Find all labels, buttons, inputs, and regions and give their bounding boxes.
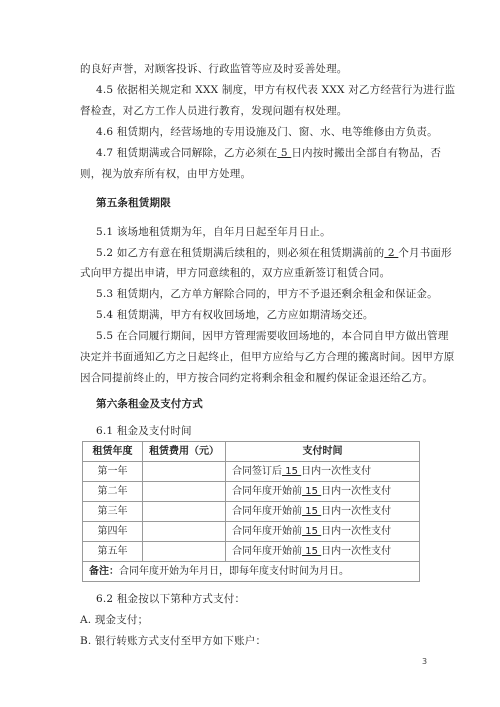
cell-year: 第一年 (83, 462, 143, 482)
clause-5-2-line1: 5.2 如乙方有意在租赁期满后续租的，则必须在租赁期满前的 2 个月书面形 (96, 246, 441, 260)
cell-fee (143, 542, 226, 562)
payment-days: 15 (302, 546, 321, 557)
payment-text: 合同年度开始前 (232, 486, 302, 497)
table-row: 第二年 合同年度开始前 15 日内一次性支付 (83, 482, 420, 502)
header-payment-time: 支付时间 (226, 442, 420, 462)
clause-5-4: 5.4 租赁期满，甲方有权收回场地，乙方应如期清场交还。 (96, 308, 441, 322)
months-value: 2 (384, 247, 398, 259)
note-label: 备注： (89, 566, 119, 577)
payment-text-end: 日内一次性支付 (321, 486, 391, 497)
payment-days: 15 (302, 526, 321, 537)
payment-text-end: 日内一次性支付 (321, 546, 391, 557)
payment-text: 合同年度开始前 (232, 546, 302, 557)
payment-days: 15 (282, 466, 301, 477)
clause-5-5-line1: 5.5 在合同履行期间，因甲方管理需要收回场地的，本合同自甲方做出管理 (96, 329, 441, 343)
clause-4-6: 4.6 租赁期内，经营场地的专用设施及门、窗、水、电等维修由方负责。 (96, 125, 441, 139)
clause-4-7-line1: 4.7 租赁期满或合同解除，乙方必须在 5 日内按时搬出全部自有物品，否 (96, 146, 441, 160)
clause-5-5-line2: 决定并书面通知乙方之日起终止，但甲方应给与乙方合理的搬离时间。因甲方原 (80, 350, 425, 364)
clause-5-5-line3: 因合同提前终止的，甲方按合同约定将剩余租金和履约保证金退还给乙方。 (80, 371, 425, 385)
rent-payment-table: 租赁年度 租赁费用（元） 支付时间 第一年 合同签订后 15 日内一次性支付 第… (82, 441, 420, 582)
payment-text-end: 日内一次性支付 (301, 466, 371, 477)
days-value: 5 (277, 147, 291, 159)
cell-payment: 合同年度开始前 15 日内一次性支付 (226, 522, 420, 542)
paragraph-continuation: 的良好声誉，对顾客投诉、行政监管等应及时妥善处理。 (80, 62, 425, 76)
payment-text: 合同年度开始前 (232, 506, 302, 517)
table-note-row: 备注：合同年度开始为年月日，即每年度支付时间为月日。 (83, 562, 420, 582)
note-text: 合同年度开始为年月日，即每年度支付时间为月日。 (119, 566, 349, 577)
clause-4-7-line2: 则，视为放弃所有权，由甲方处理。 (80, 167, 425, 181)
table-row: 第五年 合同年度开始前 15 日内一次性支付 (83, 542, 420, 562)
cell-fee (143, 462, 226, 482)
clause-6-1: 6.1 租金及支付时间 (96, 424, 441, 438)
clause-4-5-line2: 督检查，对乙方工作人员进行教育，发现问题有权处理。 (80, 104, 425, 118)
cell-payment: 合同签订后 15 日内一次性支付 (226, 462, 420, 482)
table-header-row: 租赁年度 租赁费用（元） 支付时间 (83, 442, 420, 462)
cell-fee (143, 482, 226, 502)
clause-5-2-text: 5.2 如乙方有意在租赁期满后续租的，则必须在租赁期满前的 (96, 247, 384, 259)
cell-year: 第三年 (83, 502, 143, 522)
option-b-bank-transfer: B. 银行转账方式支付至甲方如下账户： (80, 634, 425, 648)
table-row: 第三年 合同年度开始前 15 日内一次性支付 (83, 502, 420, 522)
payment-days: 15 (302, 506, 321, 517)
clause-5-3: 5.3 租赁期内，乙方单方解除合同的，甲方不予退还剩余租金和保证金。 (96, 287, 441, 301)
cell-year: 第四年 (83, 522, 143, 542)
cell-year: 第五年 (83, 542, 143, 562)
section-heading-5: 第五条租赁期限 (96, 196, 441, 210)
table-note: 备注：合同年度开始为年月日，即每年度支付时间为月日。 (83, 562, 420, 582)
header-lease-fee: 租赁费用（元） (143, 442, 226, 462)
section-heading-6: 第六条租金及支付方式 (96, 397, 441, 411)
cell-payment: 合同年度开始前 15 日内一次性支付 (226, 542, 420, 562)
cell-payment: 合同年度开始前 15 日内一次性支付 (226, 482, 420, 502)
payment-text-end: 日内一次性支付 (321, 506, 391, 517)
table-row: 第一年 合同签订后 15 日内一次性支付 (83, 462, 420, 482)
header-lease-year: 租赁年度 (83, 442, 143, 462)
document-page: 的良好声誉，对顾客投诉、行政监管等应及时妥善处理。 4.5 依据相关规定和 XX… (0, 0, 500, 707)
clause-5-2-line2: 式向甲方提出申请，甲方同意续租的，双方应重新签订租赁合同。 (80, 266, 425, 280)
option-a-cash: A. 现金支付； (80, 613, 425, 627)
clause-4-7-text: 4.7 租赁期满或合同解除，乙方必须在 (96, 147, 277, 159)
payment-text: 合同签订后 (232, 466, 282, 477)
clause-5-1: 5.1 该场地租赁期为年，自年月日起至年月日止。 (96, 225, 441, 239)
table-row: 第四年 合同年度开始前 15 日内一次性支付 (83, 522, 420, 542)
clause-5-2-text-end: 个月书面形 (398, 247, 452, 259)
page-number: 3 (422, 657, 427, 666)
payment-days: 15 (302, 486, 321, 497)
payment-text: 合同年度开始前 (232, 526, 302, 537)
cell-fee (143, 522, 226, 542)
clause-6-2: 6.2 租金按以下第种方式支付： (96, 592, 441, 606)
cell-payment: 合同年度开始前 15 日内一次性支付 (226, 502, 420, 522)
clause-4-7-text-end: 日内按时搬出全部自有物品，否 (291, 147, 441, 159)
cell-fee (143, 502, 226, 522)
clause-4-5-line1: 4.5 依据相关规定和 XXX 制度，甲方有权代表 XXX 对乙方经营行为进行监 (96, 83, 441, 97)
payment-text-end: 日内一次性支付 (321, 526, 391, 537)
cell-year: 第二年 (83, 482, 143, 502)
